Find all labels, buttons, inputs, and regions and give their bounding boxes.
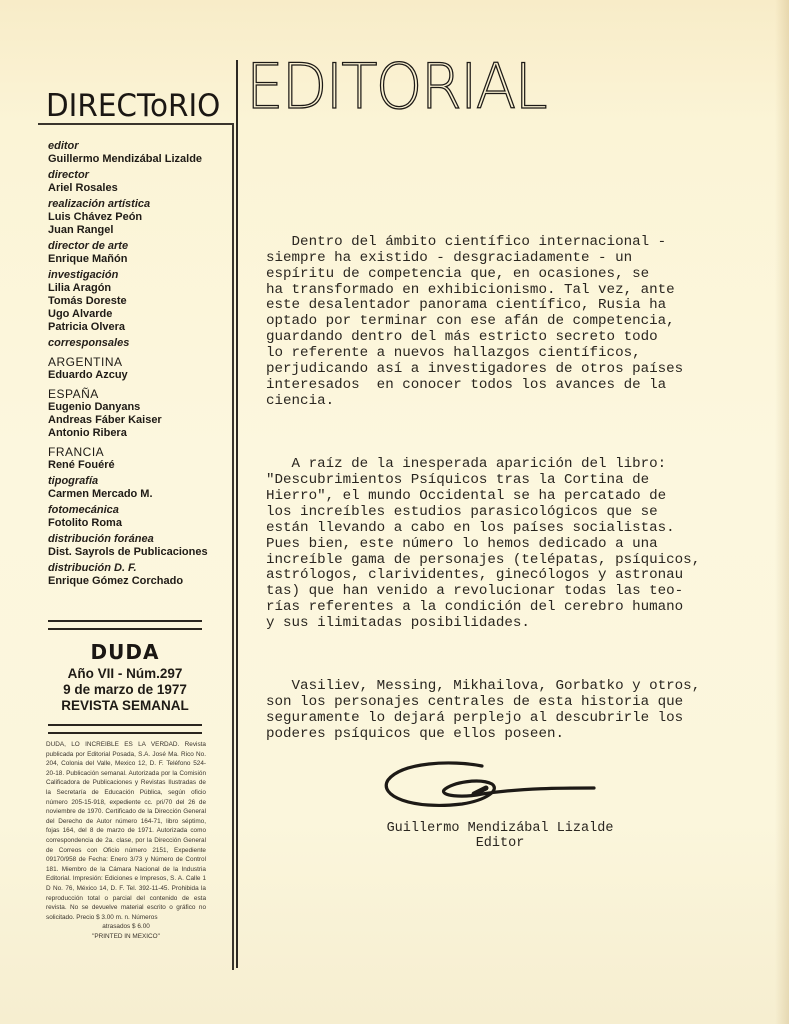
staff-name: Juan Rangel [48,224,228,237]
staff-name: Fotolito Roma [48,517,228,530]
signature-block: Guillermo Mendizábal Lizalde Editor [362,821,638,851]
signature-title: Editor [362,836,638,851]
staff-name: Enrique Gómez Corchado [48,575,228,588]
column-divider [236,60,238,968]
staff-name: Carmen Mercado M. [48,488,228,501]
issue-date: 9 de marzo de 1977 [48,682,202,698]
staff-list: editorGuillermo Mendizábal Lizaldedirect… [48,137,228,588]
staff-name: Lilia Aragón [48,282,228,295]
legal-printed: "PRINTED IN MEXICO" [46,932,206,942]
staff-name: Antonio Ribera [48,427,228,440]
editorial-paragraph: A raíz de la inesperada aparición del li… [266,457,756,632]
correspondent-country: FRANCIA [48,445,228,459]
editorial-paragraph: Vasiliev, Messing, Mikhailova, Gorbatko … [266,679,756,743]
correspondent-country: ESPAÑA [48,387,228,401]
staff-name: Patricia Olvera [48,321,228,334]
staff-role: tipografía [48,475,228,488]
legal-text: DUDA, LO INCREIBLE ES LA VERDAD. Revista… [46,741,206,921]
signature-icon [382,758,602,814]
duda-logo: DUDA [48,640,202,664]
page-edge-shadow [775,0,789,1024]
directorio-title: DIRECToRIO [46,88,220,124]
staff-role: director de arte [48,240,228,253]
signature-name: Guillermo Mendizábal Lizalde [362,821,638,836]
staff-name: Andreas Fáber Kaiser [48,414,228,427]
legal-notice: DUDA, LO INCREIBLE ES LA VERDAD. Revista… [46,740,206,941]
issue-info: Año VII - Núm.297 9 de marzo de 1977 REV… [48,666,202,714]
staff-role: corresponsales [48,337,228,350]
issue-frequency: REVISTA SEMANAL [48,698,202,714]
staff-role: distribución D. F. [48,562,228,575]
editorial-title: EDITORIAL [246,56,546,118]
staff-role: fotomecánica [48,504,228,517]
staff-name: Tomás Doreste [48,295,228,308]
staff-name: Enrique Mañón [48,253,228,266]
divider-rule-bottom [48,724,202,734]
correspondent-country: ARGENTINA [48,355,228,369]
issue-number: Año VII - Núm.297 [48,666,202,682]
staff-name: Dist. Sayrols de Publicaciones [48,546,228,559]
staff-name: Ariel Rosales [48,182,228,195]
staff-name: Luis Chávez Peón [48,211,228,224]
staff-role: editor [48,140,228,153]
staff-name: René Fouéré [48,459,228,472]
legal-price-back: atrasados $ 6.00 [46,922,206,932]
staff-role: director [48,169,228,182]
editorial-body: Dentro del ámbito científico internacion… [266,203,756,774]
staff-name: Eduardo Azcuy [48,369,228,382]
divider-rule-top [48,620,202,630]
staff-role: distribución foránea [48,533,228,546]
staff-name: Ugo Alvarde [48,308,228,321]
editorial-paragraph: Dentro del ámbito científico internacion… [266,235,756,410]
staff-role: investigación [48,269,228,282]
staff-role: realización artística [48,198,228,211]
staff-name: Guillermo Mendizábal Lizalde [48,153,228,166]
staff-name: Eugenio Danyans [48,401,228,414]
